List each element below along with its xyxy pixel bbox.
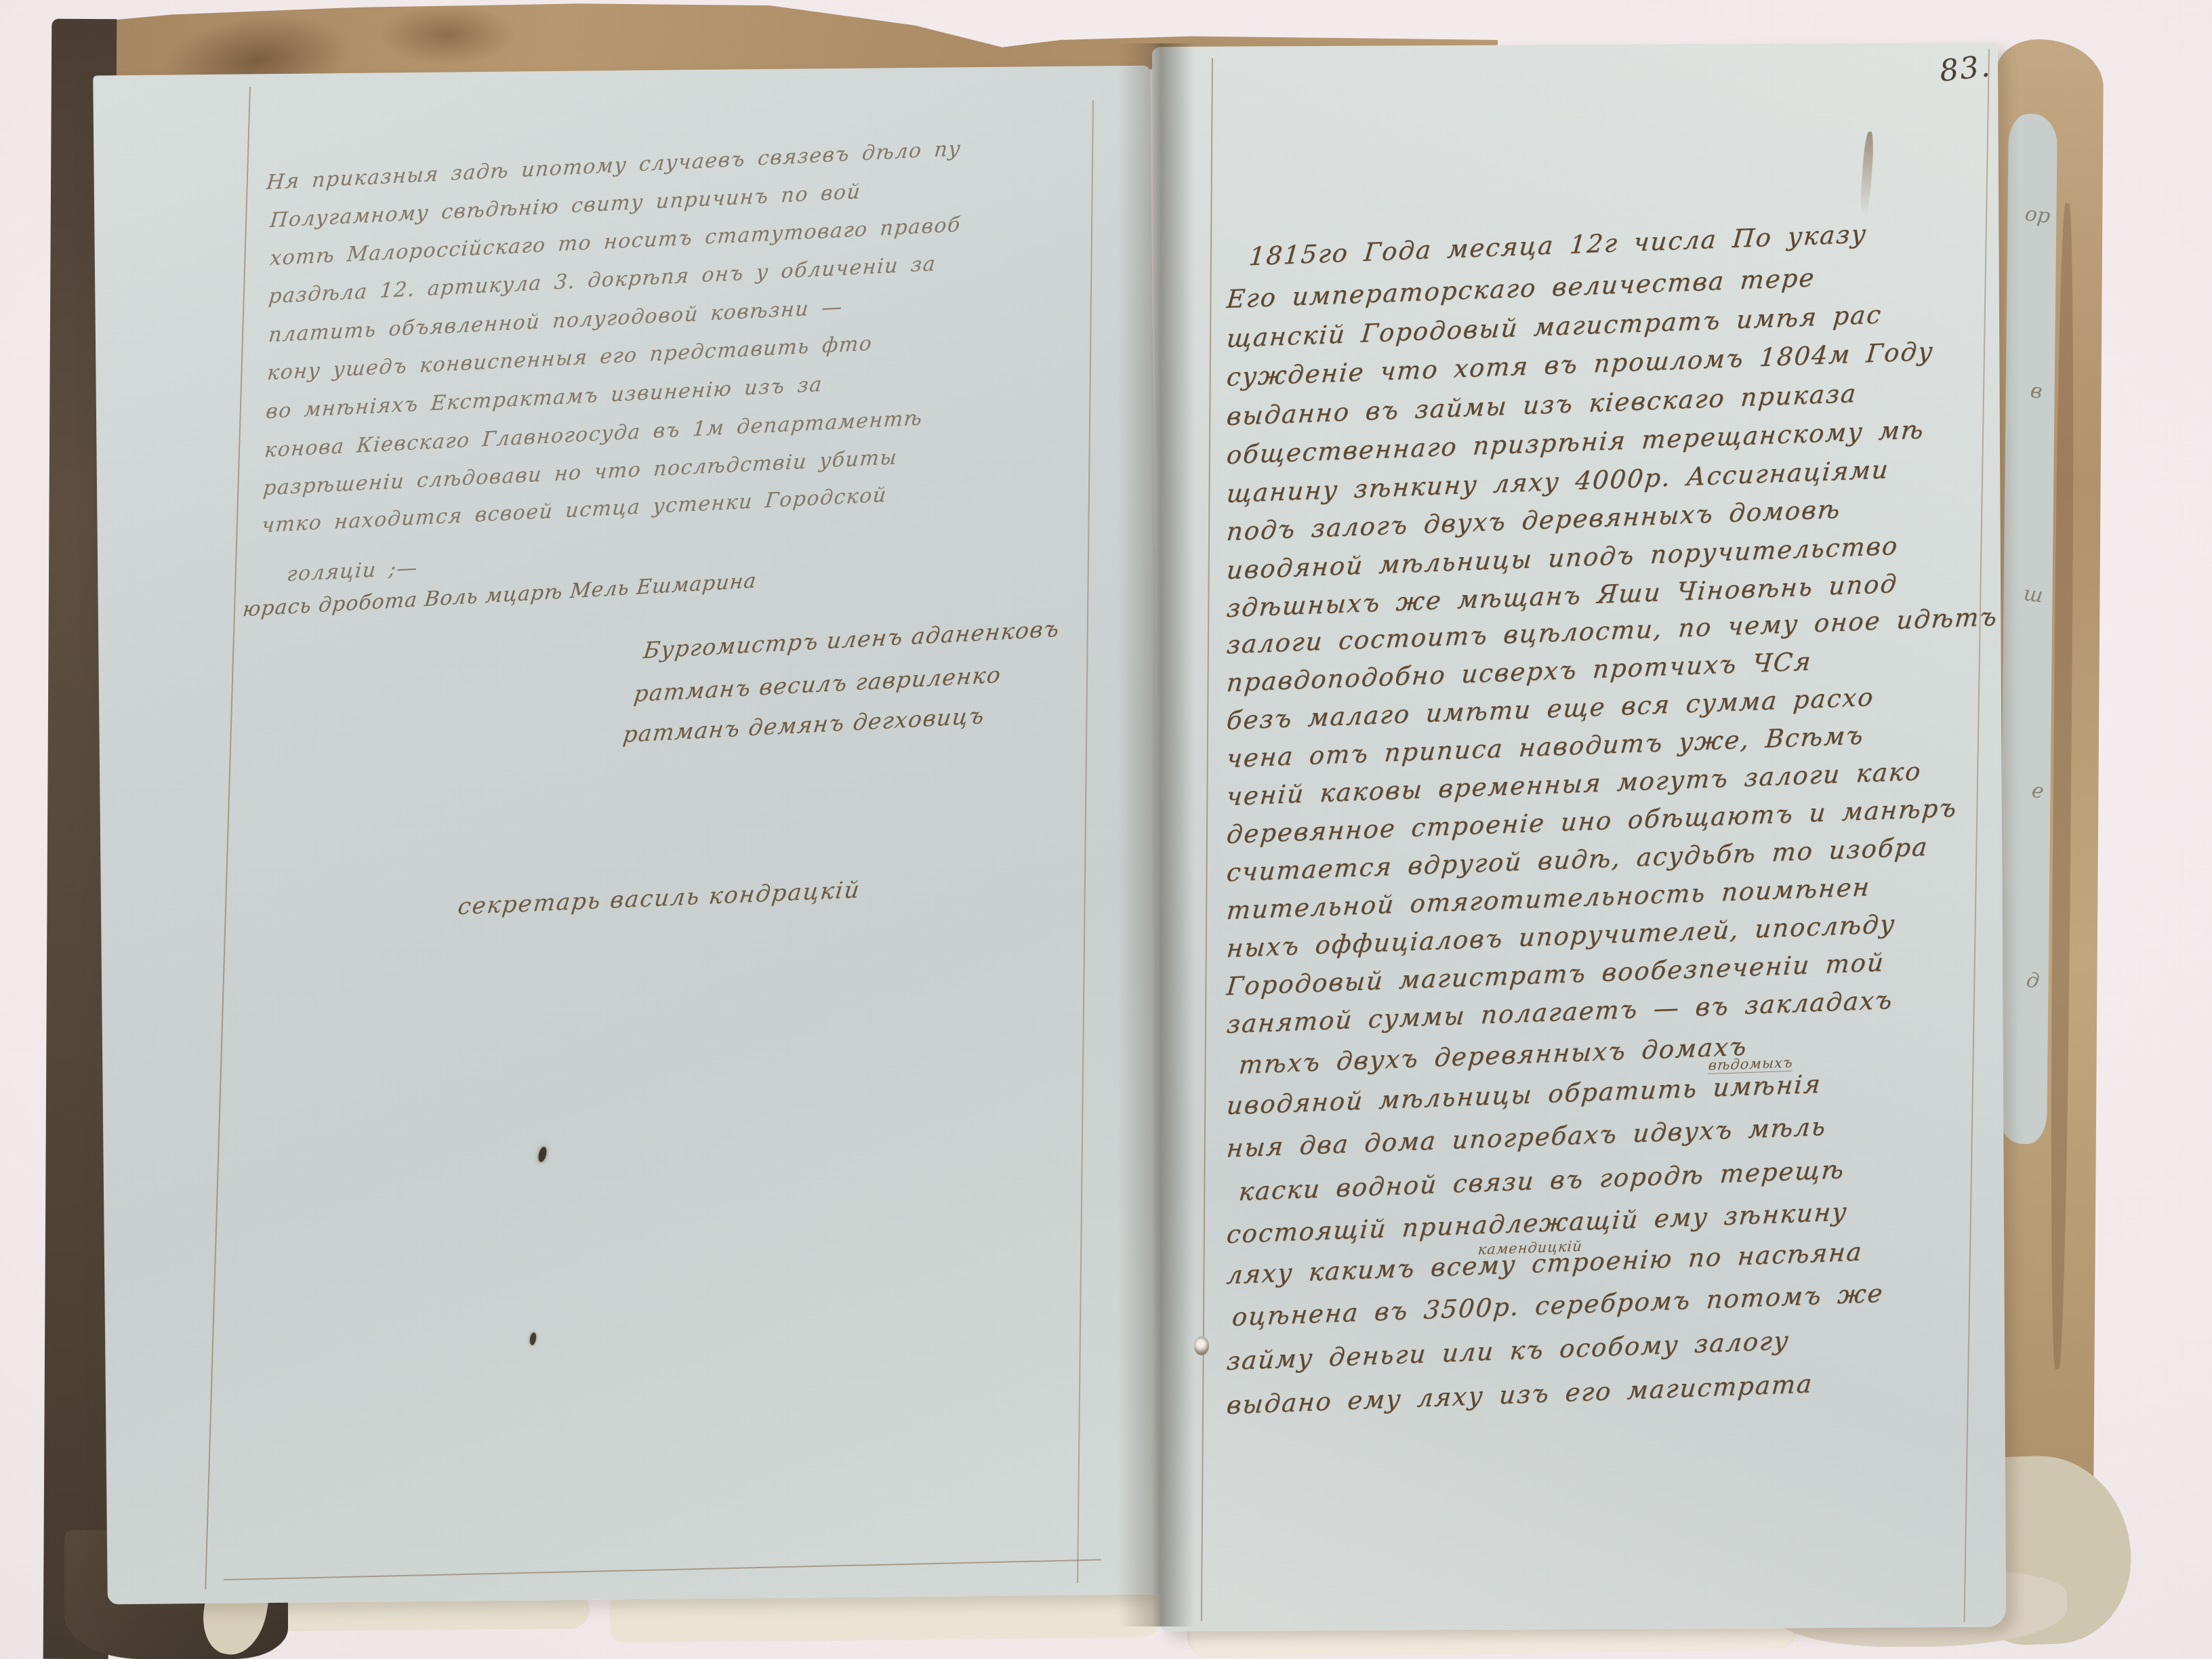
archival-manuscript-photo: ор в ш е д 83. Ня приказныя задѣ ипотому… bbox=[0, 0, 2212, 1659]
interlinear-note: вѣдомыхъ bbox=[1708, 1054, 1794, 1074]
edge-text-fragment: ш bbox=[2022, 581, 2044, 607]
paper-hole bbox=[1194, 1336, 1209, 1355]
cover-stain bbox=[380, 4, 515, 65]
gutter-shadow bbox=[1118, 43, 1194, 1626]
bottom-page-tatter bbox=[610, 1591, 1166, 1643]
left-page bbox=[93, 66, 1165, 1605]
edge-text-fragment: ор bbox=[2024, 202, 2051, 228]
page-number: 83. bbox=[1938, 49, 1993, 89]
